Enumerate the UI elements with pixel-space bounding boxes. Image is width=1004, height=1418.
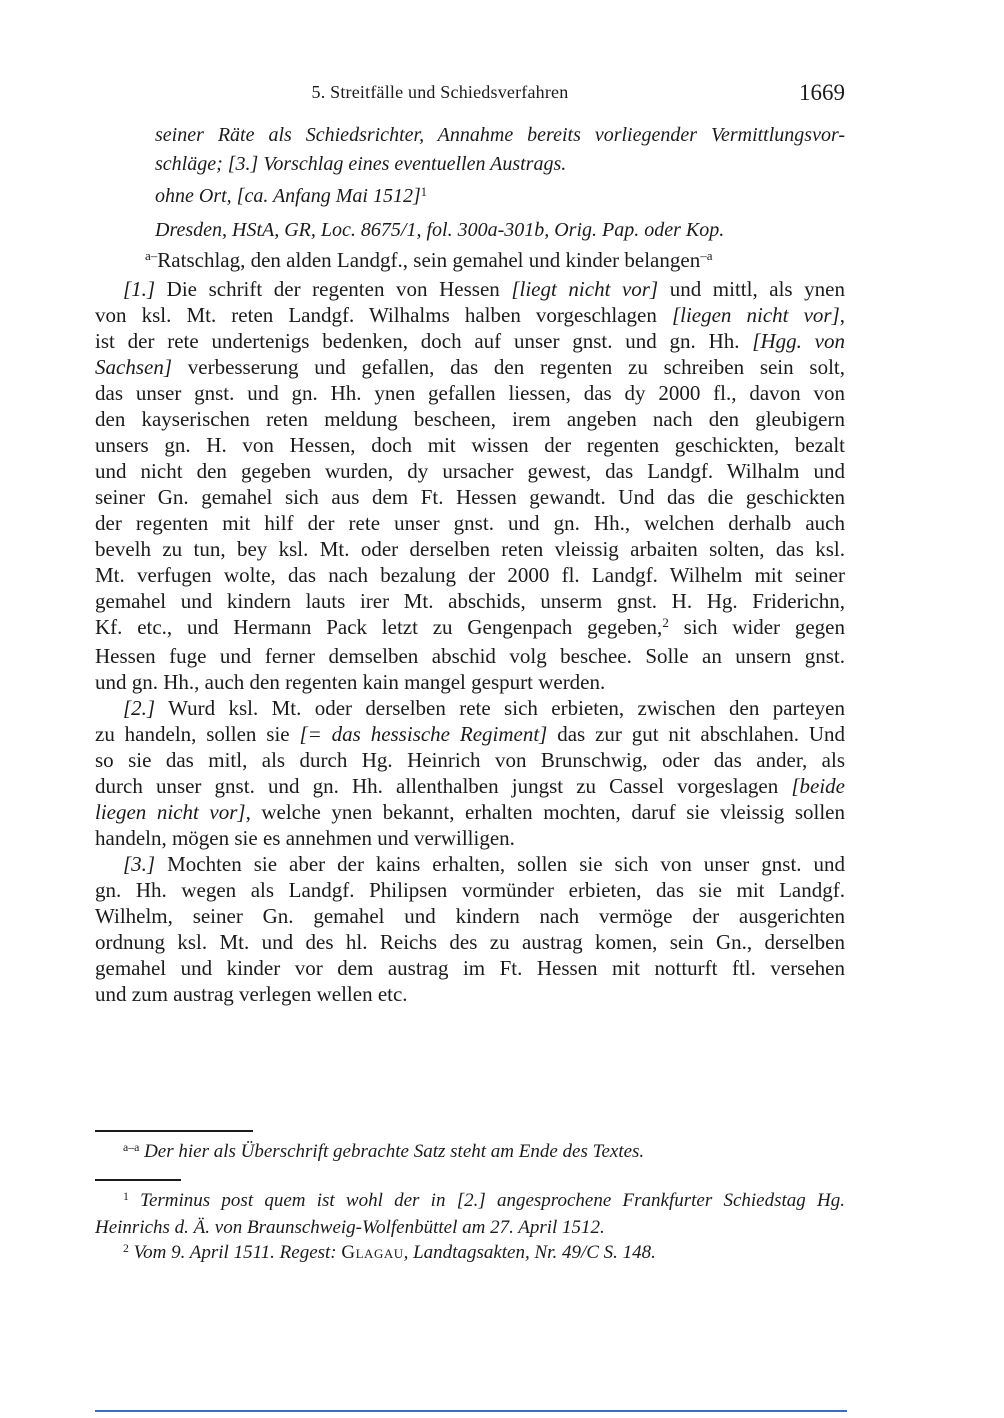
text-run: , xyxy=(840,303,845,327)
text-run: Wilhelm, seiner Gn. gemahel und kindern … xyxy=(95,904,845,928)
text-line: von ksl. Mt. reten Landgf. Wilhalms halb… xyxy=(95,302,845,328)
text-run: Wurd ksl. Mt. oder derselben rete sich e… xyxy=(155,696,845,720)
footnote-reference: 1 xyxy=(123,1190,129,1203)
text-run: [3.] xyxy=(123,852,155,876)
text-line: ordnung ksl. Mt. und des hl. Reichs des … xyxy=(95,929,845,955)
text-run: ohne Ort, [ca. Anfang Mai 1512] xyxy=(155,185,421,207)
footnote-separator-letters xyxy=(95,1130,253,1132)
text-run: sich wider gegen xyxy=(669,615,845,639)
footnote-numbers: 1 Terminus post quem ist wohl der in [2.… xyxy=(95,1188,845,1267)
footnote-reference: –a xyxy=(700,248,712,263)
text-run: Dresden, HStA, GR, Loc. 8675/1, fol. 300… xyxy=(155,219,724,241)
text-run: Heinrichs d. Ä. von Braunschweig-Wolfenb… xyxy=(95,1217,605,1238)
bottom-accent-rule xyxy=(95,1410,847,1412)
text-run xyxy=(129,1190,140,1211)
text-run: , welche ynen bekannt, erhalten mochten,… xyxy=(246,800,845,824)
text-run: das zur gut nit abschlahen. Und xyxy=(547,722,845,746)
text-line: a–a Der hier als Überschrift gebrachte S… xyxy=(95,1139,845,1166)
footnote-section: a–a Der hier als Überschrift gebrachte S… xyxy=(95,1130,845,1267)
text-run: von ksl. Mt. reten Landgf. Wilhalms halb… xyxy=(95,303,672,327)
text-line: Kf. etc., und Hermann Pack letzt zu Geng… xyxy=(95,614,845,643)
text-line: 2 Vom 9. April 1511. Regest: Glagau, Lan… xyxy=(95,1240,845,1267)
book-page: 5. Streitfälle und Schiedsverfahren 1669… xyxy=(0,0,1004,1418)
text-line: gemahel und kindern lauts irer Mt. absch… xyxy=(95,588,845,614)
text-run: [= das hessische Regiment] xyxy=(299,722,547,746)
footnote-reference: 2 xyxy=(662,615,669,630)
text-run: Glagau xyxy=(341,1242,403,1263)
running-head: 5. Streitfälle und Schiedsverfahren 1669 xyxy=(95,80,845,106)
text-line: schläge; [3.] Vorschlag eines eventuelle… xyxy=(155,150,845,179)
text-run: und nicht den gegeben wurden, dy ursache… xyxy=(95,459,845,483)
text-line: Wilhelm, seiner Gn. gemahel und kindern … xyxy=(95,903,845,929)
text-line: zu handeln, sollen sie [= das hessische … xyxy=(95,721,845,747)
section-title: 5. Streitfälle und Schiedsverfahren xyxy=(95,82,785,103)
text-line: unsers gn. H. von Hessen, doch mit wisse… xyxy=(95,432,845,458)
footnote-reference: 1 xyxy=(421,185,427,199)
text-run: [beide xyxy=(791,774,845,798)
text-line: gn. Hh. wegen als Landgf. Philipsen vorm… xyxy=(95,877,845,903)
text-run: ist der rete undertenigs bedenken, doch … xyxy=(95,329,752,353)
text-run: unsers gn. H. von Hessen, doch mit wisse… xyxy=(95,433,845,457)
text-line: seiner Räte als Schiedsrichter, Annahme … xyxy=(155,121,845,150)
text-run: zu handeln, sollen sie xyxy=(95,722,299,746)
text-run: bevelh zu tun, bey ksl. Mt. oder derselb… xyxy=(95,537,845,561)
text-run: Hessen fuge und ferner demselben abschid… xyxy=(95,644,845,668)
text-line: Heinrichs d. Ä. von Braunschweig-Wolfenb… xyxy=(95,1215,845,1240)
text-line: so sie das mitl, als durch Hg. Heinrich … xyxy=(95,747,845,773)
text-run: gemahel und kindern lauts irer Mt. absch… xyxy=(95,589,845,613)
text-run: so sie das mitl, als durch Hg. Heinrich … xyxy=(95,748,845,772)
footnote-separator-numbers xyxy=(95,1179,181,1181)
text-run: liegen nicht vor] xyxy=(95,800,246,824)
text-line: 1 Terminus post quem ist wohl der in [2.… xyxy=(95,1188,845,1215)
regest-block: seiner Räte als Schiedsrichter, Annahme … xyxy=(155,121,845,245)
text-run: das unser gnst. und gn. Hh. ynen gefalle… xyxy=(95,381,845,405)
text-line: und gn. Hh., auch den regenten kain mang… xyxy=(95,669,845,695)
footnote-reference: a–a xyxy=(123,1141,139,1154)
text-line: seiner Gn. gemahel sich aus dem Ft. Hess… xyxy=(95,484,845,510)
text-run: Sachsen] xyxy=(95,355,172,379)
text-run: [2.] xyxy=(123,696,155,720)
text-run: der regenten mit hilf der rete unser gns… xyxy=(95,511,845,535)
footnote-reference: 2 xyxy=(123,1242,129,1255)
text-line: Hessen fuge und ferner demselben abschid… xyxy=(95,643,845,669)
footnote-letter-a: a–a Der hier als Überschrift gebrachte S… xyxy=(95,1139,845,1166)
text-run: handeln, mögen sie es annehmen und verwi… xyxy=(95,826,515,850)
text-run: durch unser gnst. und gn. Hh. allenthalb… xyxy=(95,774,791,798)
text-line: a–Ratschlag, den alden Landgf., sein gem… xyxy=(95,247,845,276)
text-line: liegen nicht vor], welche ynen bekannt, … xyxy=(95,799,845,825)
text-run: Kf. etc., und Hermann Pack letzt zu Geng… xyxy=(95,615,662,639)
text-line: das unser gnst. und gn. Hh. ynen gefalle… xyxy=(95,380,845,406)
text-line: und nicht den gegeben wurden, dy ursache… xyxy=(95,458,845,484)
text-run: Ratschlag, den alden Landgf., sein gemah… xyxy=(157,248,700,272)
text-run: ordnung ksl. Mt. und des hl. Reichs des … xyxy=(95,930,845,954)
text-line: durch unser gnst. und gn. Hh. allenthalb… xyxy=(95,773,845,799)
text-line: der regenten mit hilf der rete unser gns… xyxy=(95,510,845,536)
text-run: Mt. verfugen wolte, das nach bezalung de… xyxy=(95,563,845,587)
text-run: Der hier als Überschrift gebrachte Satz … xyxy=(144,1141,644,1162)
footnote-reference: a– xyxy=(145,248,157,263)
text-run: den kayserischen reten meldung bescheen,… xyxy=(95,407,845,431)
text-run: [Hgg. von xyxy=(752,329,845,353)
text-run: verbesserung und gefallen, das den regen… xyxy=(172,355,845,379)
text-run: gemahel und kinder vor dem austrag im Ft… xyxy=(95,956,845,980)
text-line: ohne Ort, [ca. Anfang Mai 1512]1 xyxy=(155,182,845,213)
text-line: bevelh zu tun, bey ksl. Mt. oder derselb… xyxy=(95,536,845,562)
text-run: seiner Räte als Schiedsrichter, Annahme … xyxy=(155,124,845,146)
text-run: [1.] xyxy=(123,277,155,301)
text-run: und zum austrag verlegen wellen etc. xyxy=(95,982,408,1006)
text-run: Vom 9. April 1511. Regest: xyxy=(134,1242,342,1263)
text-line: Mt. verfugen wolte, das nach bezalung de… xyxy=(95,562,845,588)
text-line: und zum austrag verlegen wellen etc. xyxy=(95,981,845,1007)
text-run: Terminus post quem ist wohl der in [2.] … xyxy=(140,1190,845,1211)
text-line: Sachsen] verbesserung und gefallen, das … xyxy=(95,354,845,380)
text-run: Die schrift der regenten von Hessen xyxy=(155,277,511,301)
text-line: den kayserischen reten meldung bescheen,… xyxy=(95,406,845,432)
text-run: seiner Gn. gemahel sich aus dem Ft. Hess… xyxy=(95,485,845,509)
text-line: handeln, mögen sie es annehmen und verwi… xyxy=(95,825,845,851)
page-number: 1669 xyxy=(799,80,845,106)
text-line: [1.] Die schrift der regenten von Hessen… xyxy=(95,276,845,302)
text-run: und mittl, als ynen xyxy=(658,277,845,301)
text-run: [liegt nicht vor] xyxy=(511,277,658,301)
text-run: und gn. Hh., auch den regenten kain mang… xyxy=(95,670,605,694)
text-line: [3.] Mochten sie aber der kains erhalten… xyxy=(95,851,845,877)
text-run: , Landtagsakten, Nr. 49/C S. 148. xyxy=(404,1242,656,1263)
text-line: gemahel und kinder vor dem austrag im Ft… xyxy=(95,955,845,981)
text-run: gn. Hh. wegen als Landgf. Philipsen vorm… xyxy=(95,878,845,902)
text-line: [2.] Wurd ksl. Mt. oder derselben rete s… xyxy=(95,695,845,721)
document-body: a–Ratschlag, den alden Landgf., sein gem… xyxy=(95,247,845,1007)
text-run: [liegen nicht vor] xyxy=(672,303,840,327)
text-run: Mochten sie aber der kains erhalten, sol… xyxy=(155,852,845,876)
text-line: Dresden, HStA, GR, Loc. 8675/1, fol. 300… xyxy=(155,216,845,245)
text-run: schläge; [3.] Vorschlag eines eventuelle… xyxy=(155,153,566,175)
text-line: ist der rete undertenigs bedenken, doch … xyxy=(95,328,845,354)
